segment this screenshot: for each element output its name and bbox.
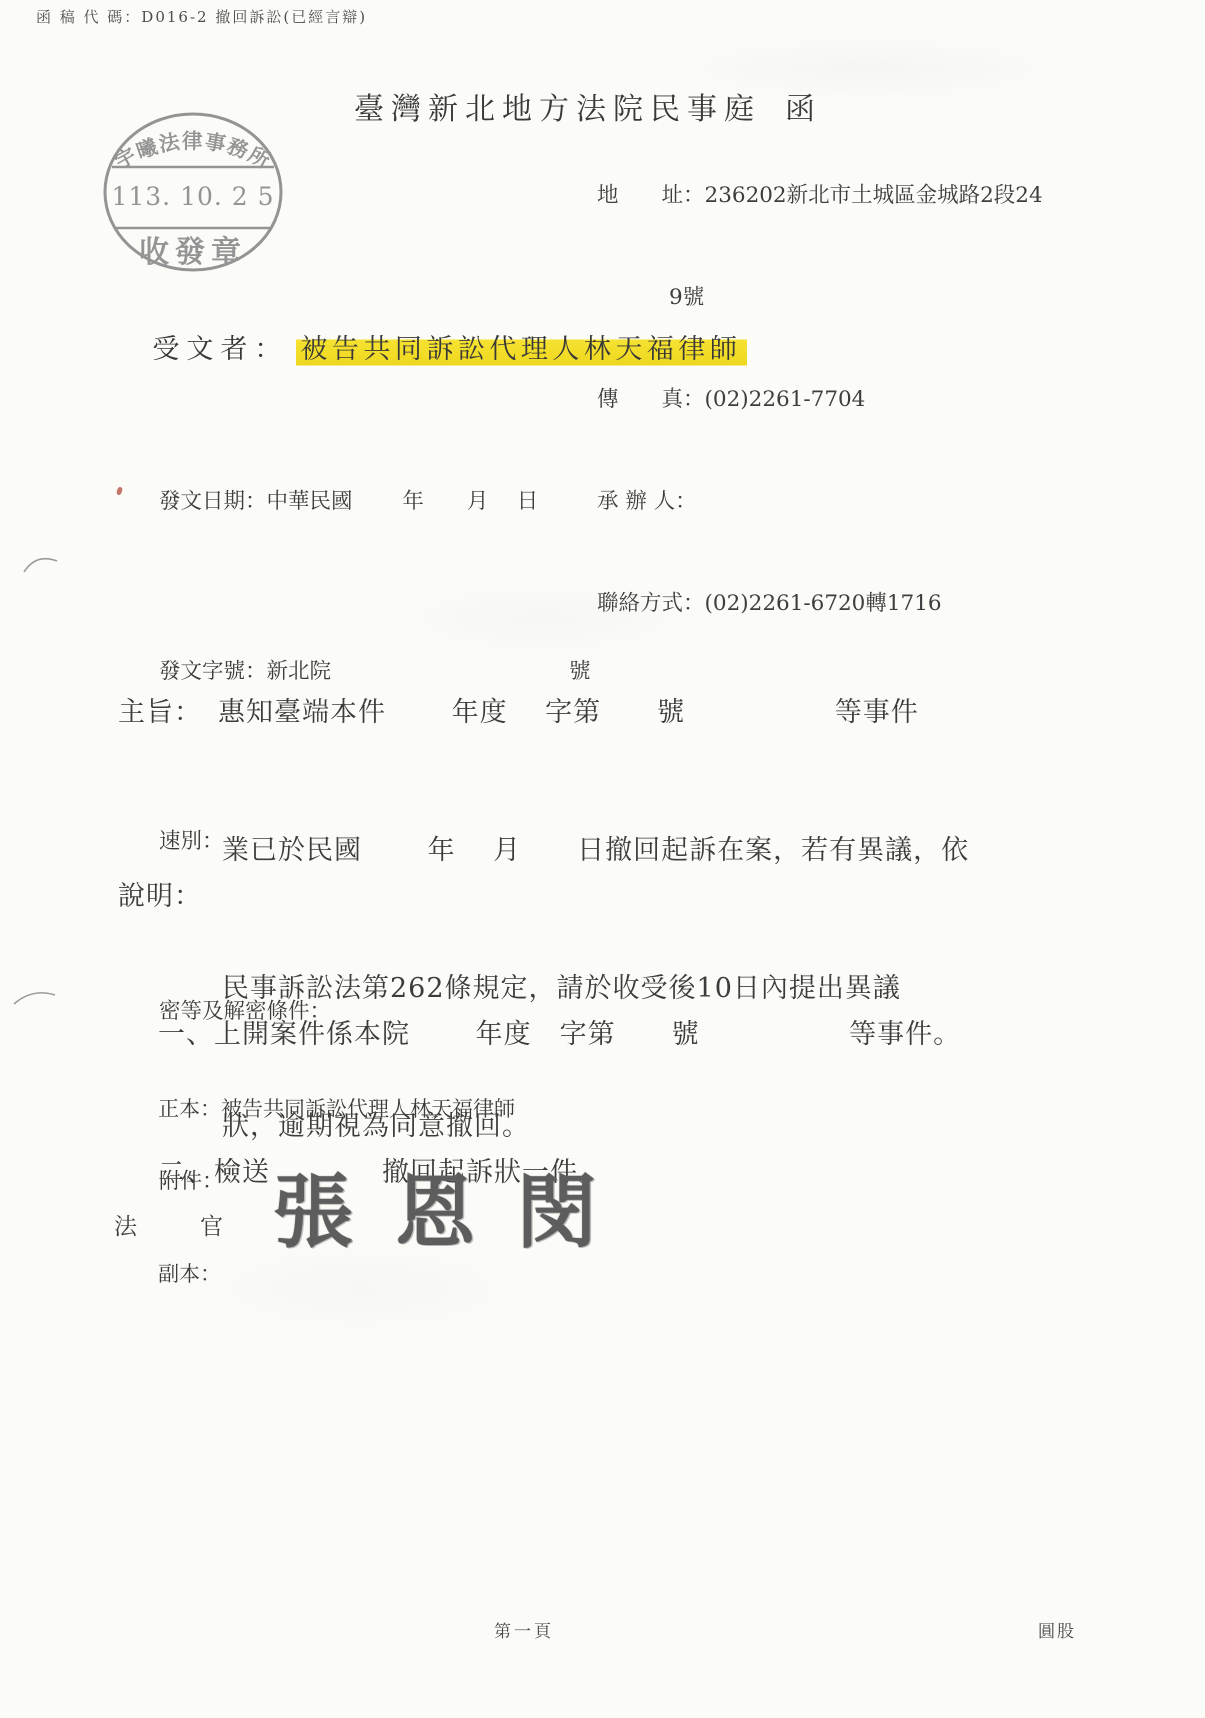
address-line: 地 址：236202新北市土城區金城路2段24 <box>556 145 1043 247</box>
handler-label: 承 辦 人： <box>597 489 697 514</box>
subject-label: 主旨： <box>118 690 202 736</box>
receipt-stamp: 宇曦法律事務所 113. 10. 2 5 收發章 <box>100 110 286 274</box>
recipient-line: 受文者：被告共同訴訟代理人林天福律師 <box>118 296 747 397</box>
subject-text-1: 惠知臺端本件 年度 字第 號 等事件 <box>218 690 919 736</box>
draft-code-line: 函 稿 代 碼：D016-2 撤回訴訟(已經言辯) <box>36 6 367 27</box>
subject-line-1: 主旨： 惠知臺端本件 年度 字第 號 等事件 <box>118 690 969 736</box>
stamp-label: 收發章 <box>139 235 247 270</box>
document-title-row: 臺灣新北地方法院民事庭 函 <box>354 84 822 128</box>
issue-date-label: 發文日期： <box>159 489 267 514</box>
address-label: 地 址： <box>597 183 705 208</box>
original-label: 正本： <box>158 1097 221 1121</box>
court-section-label: 圓股 <box>1038 1617 1076 1642</box>
judge-name-stamp: 張恩閔 <box>273 1168 639 1256</box>
page-number: 第一頁 <box>494 1617 554 1642</box>
scan-artifact-curve-2 <box>12 986 58 1010</box>
court-contact-block: 地 址：236202新北市土城區金城路2段24 9號 傳 真：(02)2261-… <box>556 145 1043 655</box>
issue-date-line: 發文日期：中華民國 年 月 日 <box>118 451 591 553</box>
issue-date-value: 中華民國 年 月 日 <box>267 489 539 514</box>
scanned-court-letter: 函 稿 代 碼：D016-2 撤回訴訟(已經言辯) 臺灣新北地方法院民事庭 函 … <box>0 0 1205 1718</box>
original-value: 被告共同訴訟代理人林天福律師 <box>221 1097 515 1121</box>
address-value: 236202新北市土城區金城路2段24 <box>705 183 1043 208</box>
court-title: 臺灣新北地方法院民事庭 <box>354 84 761 128</box>
judge-title: 法 官 <box>114 1208 243 1241</box>
explanation-label: 說明： <box>118 874 961 920</box>
scan-artifact-curve-1 <box>22 550 60 578</box>
handler-line: 承 辦 人： <box>556 451 1043 553</box>
copy-label: 副本： <box>158 1262 221 1286</box>
original-line: 正本：被告共同訴訟代理人林天福律師 <box>118 1060 515 1159</box>
judge-signature-row: 法 官 張恩閔 <box>114 1168 639 1256</box>
recipient-label: 受文者： <box>152 334 288 365</box>
recipient-name-highlighted: 被告共同訴訟代理人林天福律師 <box>296 333 747 368</box>
stamp-date: 113. 10. 2 5 <box>111 182 274 211</box>
document-type-label: 函 <box>785 84 822 128</box>
